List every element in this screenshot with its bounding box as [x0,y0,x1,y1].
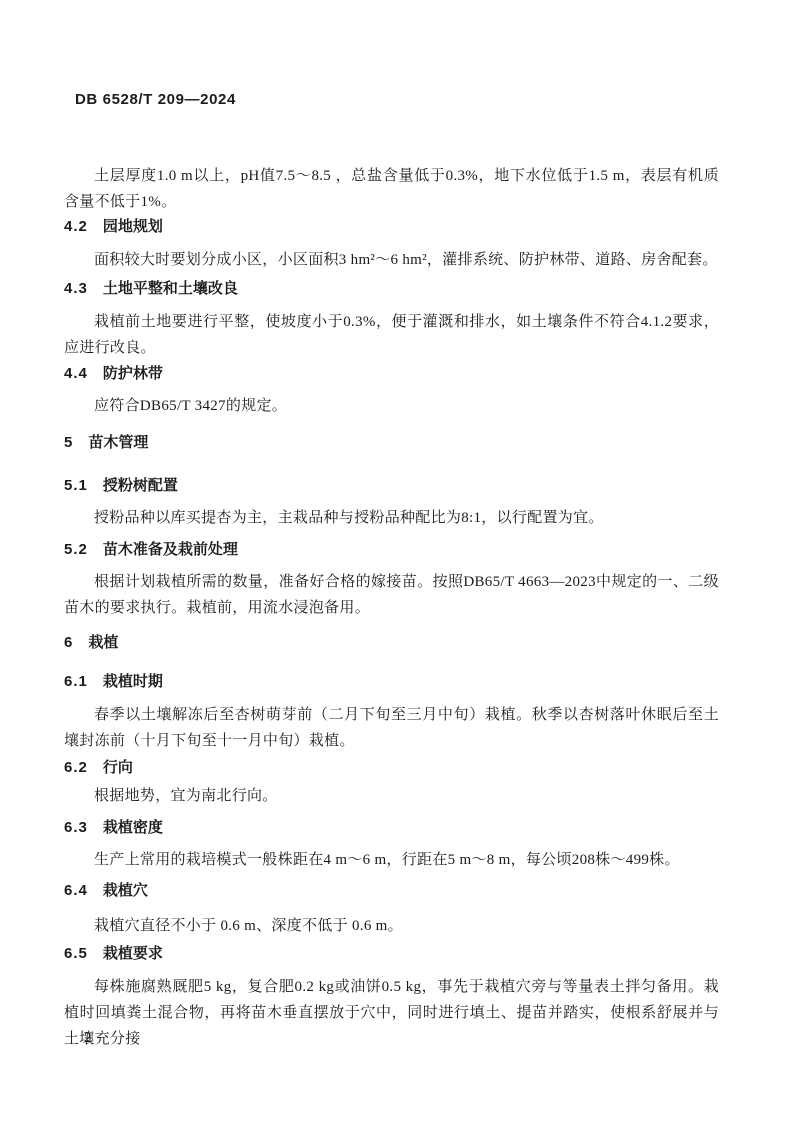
section-heading-6-2: 6.2行向 [64,758,719,778]
paragraph-seedling-preparation: 根据计划栽植所需的数量，准备好合格的嫁接苗。按照DB65/T 4663—2023… [64,569,719,621]
section-number: 6.3 [64,818,88,838]
section-number: 4.2 [64,217,88,237]
section-title: 授粉树配置 [103,477,178,494]
paragraph-planting-time: 春季以土壤解冻后至杏树萌芽前（二月下旬至三月中旬）栽植。秋季以杏树落叶休眠后至土… [64,702,719,754]
section-number: 6.1 [64,672,88,692]
section-heading-5-2: 5.2苗木准备及栽前处理 [64,540,719,560]
section-number: 4.4 [64,364,88,384]
paragraph-shelterbelt-reference: 应符合DB65/T 3427的规定。 [64,393,719,419]
section-number: 6.2 [64,758,88,778]
chapter-heading-6: 6栽植 [64,633,719,653]
section-heading-6-4: 6.4栽植穴 [64,881,719,901]
paragraph-planting-density: 生产上常用的栽培模式一般株距在4 m～6 m，行距在5 m～8 m，每公顷208… [64,847,719,873]
paragraph-planting-requirements: 每株施腐熟厩肥5 kg，复合肥0.2 kg或油饼0.5 kg，事先于栽植穴旁与等… [64,974,719,1052]
section-heading-6-5: 6.5栽植要求 [64,944,719,964]
section-heading-6-3: 6.3栽植密度 [64,818,719,838]
section-heading-5-1: 5.1授粉树配置 [64,476,719,496]
section-title: 栽植密度 [103,819,163,836]
page-number: 2 [84,1028,92,1048]
paragraph-soil-requirements: 土层厚度1.0 m以上，pH值7.5～8.5 ，总盐含量低于0.3%，地下水位低… [64,163,719,215]
chapter-number: 5 [64,433,73,453]
section-heading-4-2: 4.2园地规划 [64,217,719,237]
paragraph-pollinizer-config: 授粉品种以库买提杏为主，主栽品种与授粉品种配比为8:1，以行配置为宜。 [64,505,719,531]
section-title: 行向 [103,759,133,776]
section-heading-4-3: 4.3土地平整和土壤改良 [64,279,719,299]
paragraph-land-leveling: 栽植前土地要进行平整，使坡度小于0.3%，便于灌溉和排水，如土壤条件不符合4.1… [64,309,719,361]
paragraph-planting-hole: 栽植穴直径不小于 0.6 m、深度不低于 0.6 m。 [64,913,719,939]
section-number: 6.5 [64,944,88,964]
section-title: 栽植时期 [103,673,163,690]
section-title: 园地规划 [103,218,163,235]
chapter-title: 栽植 [88,634,118,651]
section-number: 6.4 [64,881,88,901]
section-number: 4.3 [64,279,88,299]
section-title: 土地平整和土壤改良 [103,280,238,297]
section-title: 栽植穴 [103,882,148,899]
document-page: DB 6528/T 209—2024 土层厚度1.0 m以上，pH值7.5～8.… [0,0,793,1122]
paragraph-orchard-planning: 面积较大时要划分成小区，小区面积3 hm²～6 hm²，灌排系统、防护林带、道路… [64,247,719,273]
standard-number-header: DB 6528/T 209—2024 [75,91,236,108]
section-heading-6-1: 6.1栽植时期 [64,672,719,692]
chapter-heading-5: 5苗木管理 [64,433,719,453]
chapter-number: 6 [64,633,73,653]
section-title: 防护林带 [103,365,163,382]
paragraph-row-orientation: 根据地势，宜为南北行向。 [64,783,719,809]
section-number: 5.1 [64,476,88,496]
section-title: 栽植要求 [103,945,163,962]
section-heading-4-4: 4.4防护林带 [64,364,719,384]
section-number: 5.2 [64,540,88,560]
chapter-title: 苗木管理 [88,434,148,451]
section-title: 苗木准备及栽前处理 [103,541,238,558]
